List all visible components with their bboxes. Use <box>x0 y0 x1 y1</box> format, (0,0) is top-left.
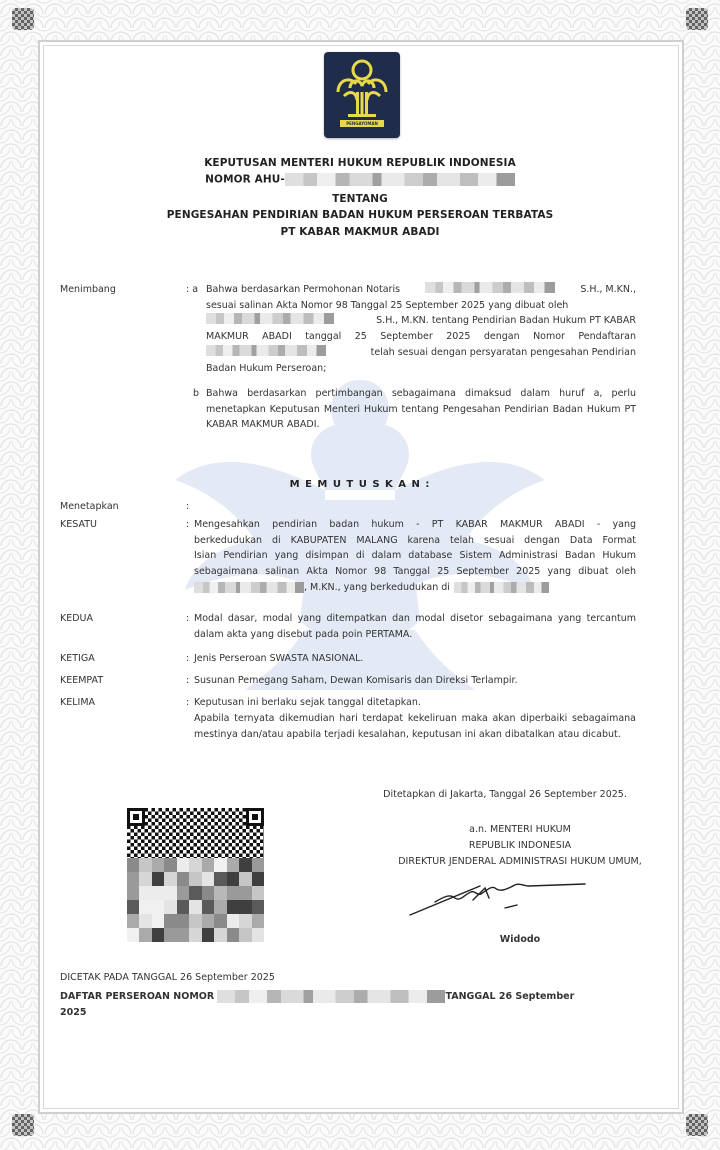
company-name: PT KABAR MAKMUR ABADI <box>0 226 720 238</box>
corner-ornament <box>12 1114 34 1136</box>
on-behalf: a.n. MENTERI HUKUM <box>355 822 685 838</box>
item-a-marker: : a <box>186 282 198 298</box>
menetapkan-label: Menetapkan <box>60 499 180 515</box>
signature-icon <box>405 872 605 922</box>
menimbang-section: Menimbang : a Bahwa berdasarkan Permohon… <box>60 282 640 442</box>
redacted-register-number <box>217 990 445 1003</box>
decree-number-label: NOMOR AHU- <box>205 174 285 186</box>
redacted-notary <box>194 582 304 593</box>
signatory-name: Widodo <box>355 932 685 948</box>
tentang-label: TENTANG <box>0 193 720 205</box>
place-date: Ditetapkan di Jakarta, Tanggal 26 Septem… <box>340 787 670 803</box>
register-date: TANGGAL 26 September <box>445 991 574 1002</box>
keempat-text: Susunan Pemegang Saham, Dewan Komisaris … <box>194 673 636 689</box>
corner-ornament <box>12 8 34 30</box>
logo-caption: PENGAYOMAN <box>340 121 384 126</box>
kesatu-row: KESATU : Mengesahkan pendirian badan huk… <box>60 517 640 602</box>
redacted-number <box>285 173 515 186</box>
qr-code <box>127 808 264 942</box>
register-label: DAFTAR PERSEROAN NOMOR <box>60 991 214 1002</box>
corner-ornament <box>686 1114 708 1136</box>
register-line: DAFTAR PERSEROAN NOMOR TANGGAL 26 Septem… <box>60 990 640 1003</box>
decree-title: KEPUTUSAN MENTERI HUKUM REPUBLIK INDONES… <box>0 157 720 169</box>
kedua-label: KEDUA <box>60 611 180 627</box>
redacted-registration <box>206 345 326 356</box>
menimbang-label: Menimbang <box>60 282 180 298</box>
kelima-row: KELIMA : Keputusan ini berlaku sejak tan… <box>60 695 640 765</box>
ketiga-row: KETIGA : Jenis Perseroan SWASTA NASIONAL… <box>60 651 640 667</box>
kelima-line1: Keputusan ini berlaku sejak tanggal dite… <box>194 695 636 711</box>
item-b-marker: b <box>193 386 199 402</box>
decree-subject: PENGESAHAN PENDIRIAN BADAN HUKUM PERSERO… <box>0 209 720 221</box>
menetapkan-row: Menetapkan : <box>60 499 640 515</box>
signatory-position: DIREKTUR JENDERAL ADMINISTRASI HUKUM UMU… <box>355 854 685 870</box>
kedua-text: Modal dasar, modal yang ditempatkan dan … <box>194 611 636 642</box>
register-year: 2025 <box>60 1007 86 1018</box>
corner-ornament <box>686 8 708 30</box>
kesatu-text: Mengesahkan pendirian badan hukum - PT K… <box>194 517 636 596</box>
menimbang-b-text: Bahwa berdasarkan pertimbangan sebagaima… <box>206 386 636 433</box>
country: REPUBLIK INDONESIA <box>355 838 685 854</box>
keempat-row: KEEMPAT : Susunan Pemegang Saham, Dewan … <box>60 673 640 689</box>
memutuskan-heading: M E M U T U S K A N : <box>0 479 720 490</box>
kelima-label: KELIMA <box>60 695 180 711</box>
kedua-row: KEDUA : Modal dasar, modal yang ditempat… <box>60 611 640 643</box>
redacted-location <box>454 582 549 593</box>
menimbang-a-text: Bahwa berdasarkan Permohonan Notaris S.H… <box>206 282 636 376</box>
ketiga-text: Jenis Perseroan SWASTA NASIONAL. <box>194 651 636 667</box>
redacted-qr-area <box>127 858 264 942</box>
kelima-text: Apabila ternyata dikemudian hari terdapa… <box>194 711 636 742</box>
ketiga-label: KETIGA <box>60 651 180 667</box>
redacted-notary <box>425 282 555 293</box>
printed-date: DICETAK PADA TANGGAL 26 September 2025 <box>60 972 275 983</box>
qr-pattern <box>127 808 264 858</box>
kesatu-label: KESATU <box>60 517 180 533</box>
redacted-notary <box>206 313 334 324</box>
ministry-logo: PENGAYOMAN <box>324 52 400 138</box>
decree-number: NOMOR AHU- <box>0 173 720 186</box>
keempat-label: KEEMPAT <box>60 673 180 689</box>
